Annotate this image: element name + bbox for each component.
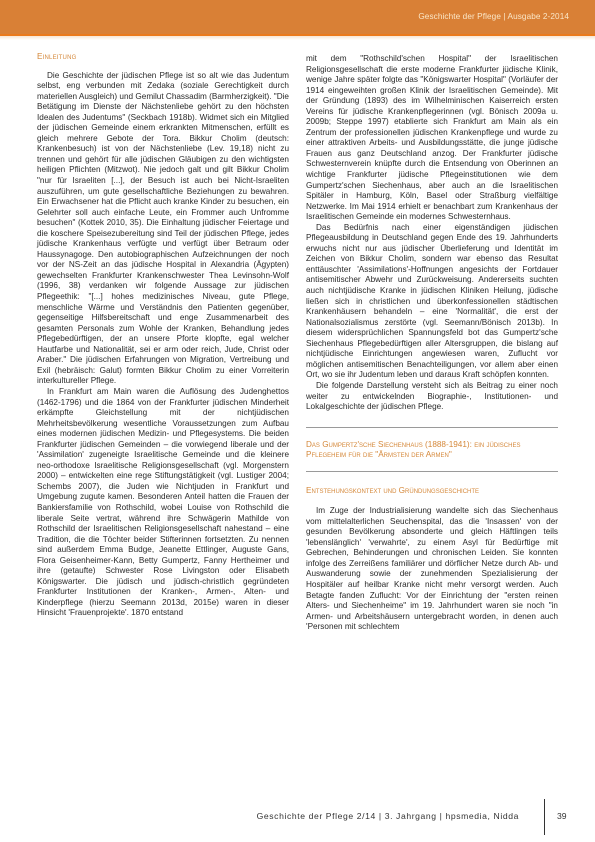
- running-header-title: Geschichte der Pflege | Ausgabe 2-2014: [418, 12, 569, 21]
- section-title-block: Das Gumpertz'sche Siechenhaus (1888-1941…: [306, 427, 558, 472]
- divider-rule: [306, 427, 558, 428]
- paragraph: Die folgende Darstellung versteht sich a…: [306, 381, 558, 413]
- footer: Geschichte der Pflege 2/14 | 3. Jahrgang…: [0, 811, 595, 842]
- paragraph: In Frankfurt am Main waren die Auflösung…: [37, 387, 289, 619]
- paragraph: Die Geschichte der jüdischen Pflege ist …: [37, 71, 289, 387]
- header-shadow: [0, 36, 595, 40]
- paragraph: Das Bedürfnis nach einer eigenständigen …: [306, 223, 558, 381]
- paragraph: Im Zuge der Industrialisierung wandelte …: [306, 506, 558, 633]
- footer-citation: Geschichte der Pflege 2/14 | 3. Jahrgang…: [257, 811, 519, 821]
- subheading: Entstehungskontext und Gründungsgeschich…: [306, 486, 558, 497]
- divider-rule: [306, 471, 558, 472]
- header-band: Geschichte der Pflege | Ausgabe 2-2014: [0, 0, 595, 36]
- section-heading-introduction: Einleitung: [37, 52, 289, 63]
- section-title: Das Gumpertz'sche Siechenhaus (1888-1941…: [306, 440, 558, 461]
- page-number: 39: [557, 811, 567, 821]
- left-column: Einleitung Die Geschichte der jüdischen …: [37, 52, 289, 619]
- footer-divider: [544, 799, 545, 835]
- right-column: mit dem "Rothschild'schen Hospital" der …: [306, 54, 558, 633]
- paragraph: mit dem "Rothschild'schen Hospital" der …: [306, 54, 558, 223]
